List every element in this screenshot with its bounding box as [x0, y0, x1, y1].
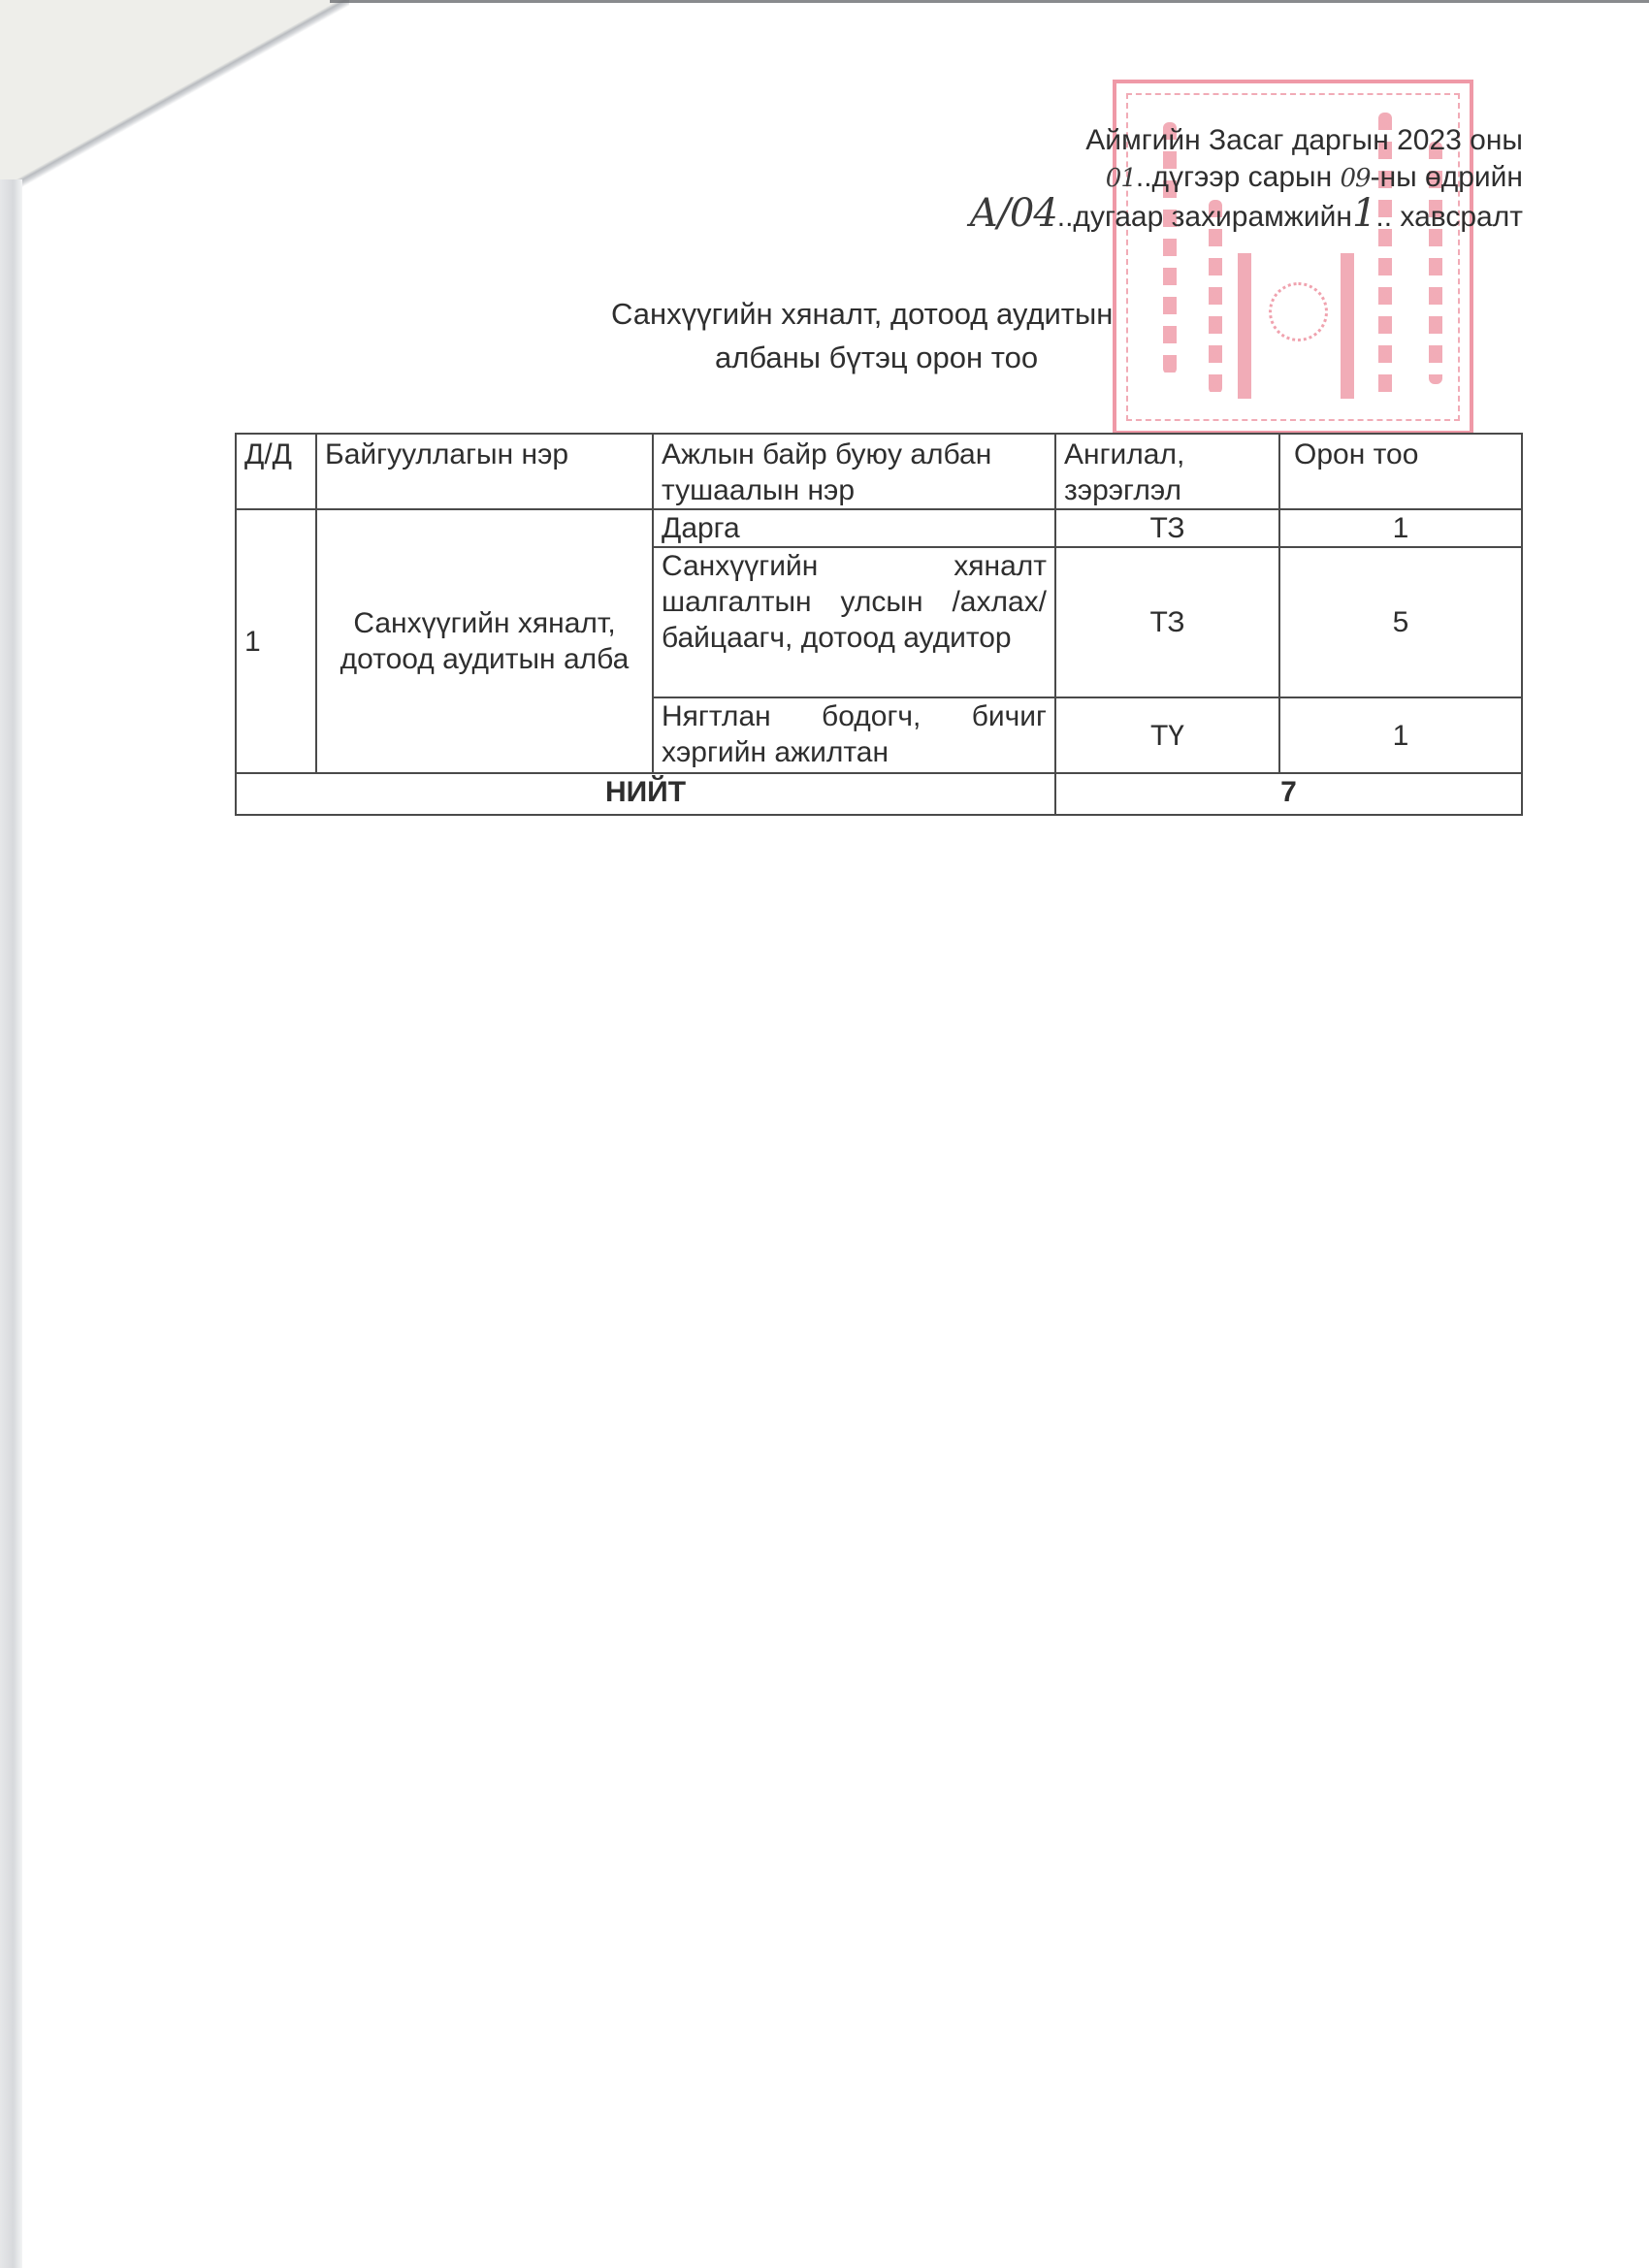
table-row: 1 Санхүүгийн хяналт, дотоод аудитын алба… — [236, 509, 1522, 547]
organization-name: Санхүүгийн хяналт, дотоод аудитын алба — [316, 509, 653, 773]
category-value: ТҮ — [1055, 697, 1279, 773]
column-header-position: Ажлын байр буюу албан тушаалын нэр — [653, 434, 1055, 509]
staffing-table: Д/Д Байгууллагын нэр Ажлын байр буюу алб… — [235, 433, 1523, 816]
count-value: 1 — [1279, 509, 1522, 547]
page-corner-fold — [0, 0, 349, 194]
column-header-category: Ангилал, зэрэглэл — [1055, 434, 1279, 509]
document-title-line-2: албаны бүтэц орон тоо — [0, 340, 1649, 376]
position-name: Дарга — [653, 509, 1055, 547]
count-value: 1 — [1279, 697, 1522, 773]
total-label: НИЙТ — [236, 773, 1055, 815]
position-name: Санхүүгийн хяналт шалгалтын улсын /ахлах… — [653, 547, 1055, 697]
month-label: ..дүгээр сарын — [1136, 161, 1341, 193]
total-value: 7 — [1055, 773, 1522, 815]
handwritten-annex-number: 1 — [1352, 191, 1375, 236]
table-total-row: НИЙТ 7 — [236, 773, 1522, 815]
order-label: ..дугаар захирамжийн — [1057, 201, 1352, 233]
row-number: 1 — [236, 509, 316, 773]
category-value: ТЗ — [1055, 547, 1279, 697]
table-header-row: Д/Д Байгууллагын нэр Ажлын байр буюу алб… — [236, 434, 1522, 509]
decree-reference-line-3: А/04..дугаар захирамжийн1.. хавсралт — [969, 196, 1523, 235]
handwritten-order-number: А/04 — [969, 191, 1057, 236]
column-header-number: Д/Д — [236, 434, 316, 509]
position-name: Нягтлан бодогч, бичиг хэргийн ажилтан — [653, 697, 1055, 773]
decree-reference-line-1: Аймгийн Засаг даргын 2023 оны — [1085, 122, 1523, 158]
decree-reference-line-2: 01..дүгээр сарын 09-ны өдрийн — [1106, 159, 1523, 197]
category-value: ТЗ — [1055, 509, 1279, 547]
handwritten-month: 01 — [1106, 164, 1136, 193]
count-value: 5 — [1279, 547, 1522, 697]
day-label: -ны өдрийн — [1371, 161, 1523, 193]
handwritten-day: 09 — [1340, 164, 1370, 193]
annex-label: .. хавсралт — [1375, 201, 1523, 233]
column-header-count: Орон тоо — [1279, 434, 1522, 509]
document-title-line-1: Санхүүгийн хяналт, дотоод аудитын — [0, 296, 1649, 333]
page-top-edge — [330, 0, 1649, 3]
column-header-organization: Байгууллагын нэр — [316, 434, 653, 509]
page-left-edge — [0, 179, 22, 2268]
